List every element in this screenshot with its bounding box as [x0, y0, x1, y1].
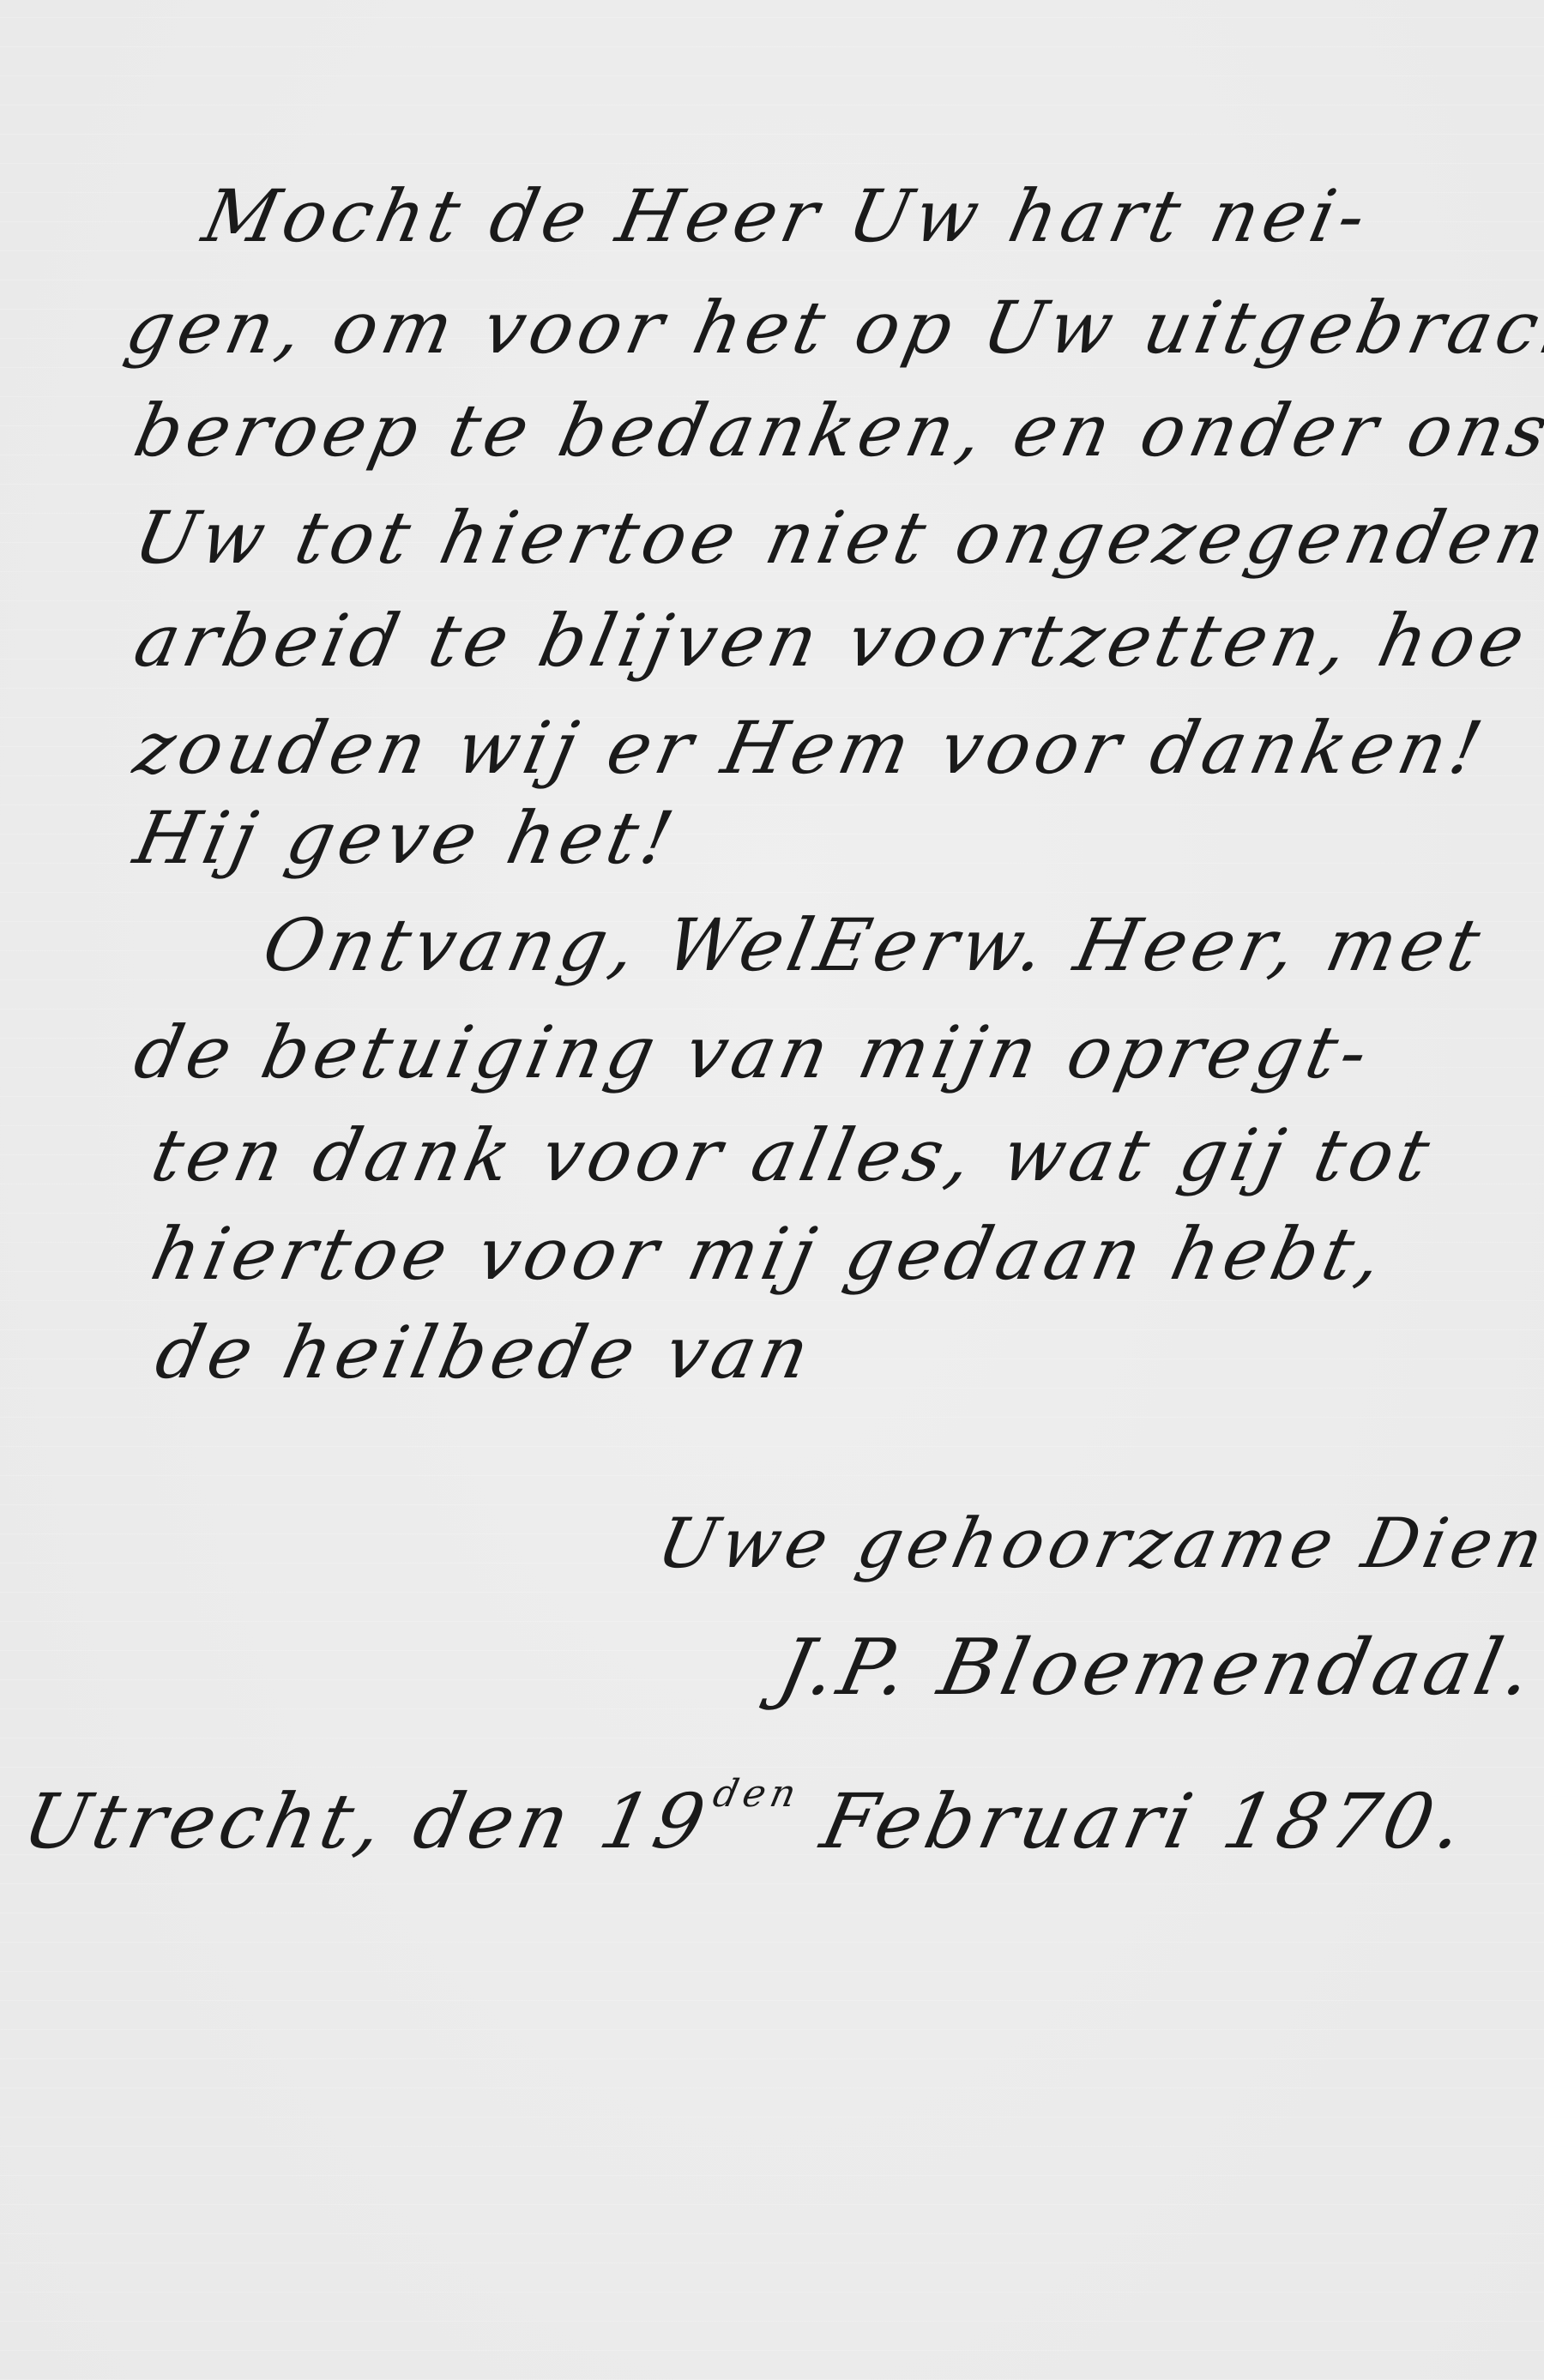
- letter-line-6: zouden wij er Hem voor danken!: [129, 712, 1493, 784]
- letter-closing: Uwe gehoorzame Dien.: [652, 1509, 1544, 1578]
- letter-dateline: Utrecht, den 19den Februari 1870.: [17, 1775, 1476, 1859]
- letter-paper: Mocht de Heer Uw hart nei- gen, om voor …: [0, 0, 1544, 2380]
- letter-line-2: gen, om voor het op Uw uitgebracht: [120, 292, 1544, 364]
- letter-line-7: Hij geve het!: [129, 802, 684, 874]
- letter-line-12: de heilbede van: [150, 1317, 820, 1389]
- letter-line-3: beroep te bedanken, en onder ons,: [129, 395, 1544, 467]
- letter-line-5: arbeid te blijven voortzetten, hoe: [129, 605, 1535, 677]
- letter-line-8: Ontvang, WelEerw. Heer, met: [257, 909, 1491, 981]
- letter-signature: J.P. Bloemendaal.: [772, 1630, 1544, 1707]
- dateline-ordinal: den: [709, 1772, 805, 1816]
- letter-line-10: ten dank voor alles, wat gij tot: [146, 1119, 1440, 1191]
- letter-line-11: hiertoe voor mij gedaan hebt,: [146, 1218, 1393, 1290]
- letter-line-1: Mocht de Heer Uw hart nei-: [197, 180, 1377, 252]
- letter-line-9: de betuiging van mijn opregt-: [129, 1016, 1378, 1088]
- letter-line-4: Uw tot hiertoe niet ongezegenden: [129, 502, 1544, 574]
- dateline-month-year: Februari 1870.: [814, 1777, 1476, 1865]
- dateline-place: Utrecht, den 19: [16, 1777, 718, 1865]
